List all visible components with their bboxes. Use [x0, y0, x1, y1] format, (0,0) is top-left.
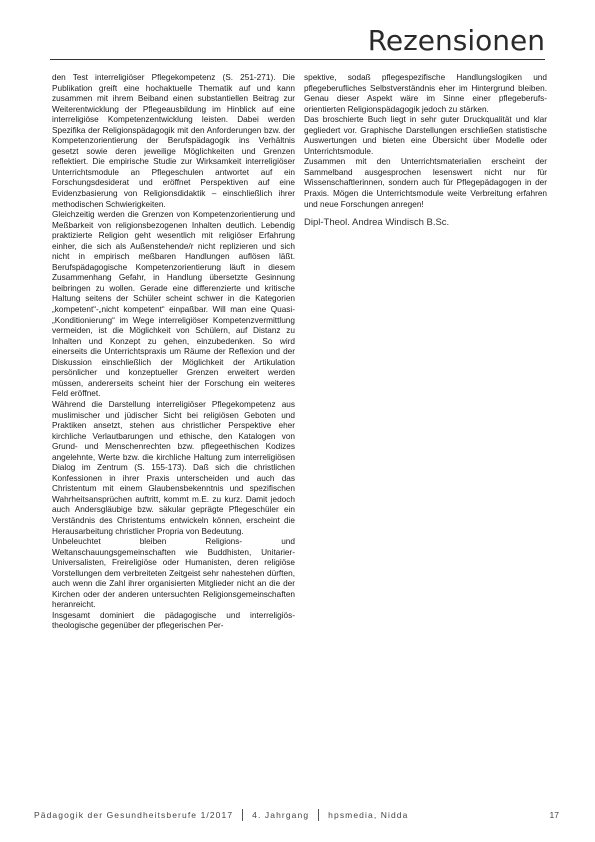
paragraph: spektive, sodaß pflegespezifische Handlu…: [304, 73, 547, 115]
journal-name: Pädagogik der Gesundheitsberufe 1/2017: [34, 810, 233, 820]
page-number: 17: [550, 810, 559, 820]
volume-label: 4. Jahrgang: [252, 810, 309, 820]
paragraph: Insgesamt dominiert die pädagogische und…: [52, 611, 295, 632]
paragraph: Zusammen mit den Unterrichtsmaterialien …: [304, 157, 547, 210]
paragraph: den Test interreligiöser Pflegekompetenz…: [52, 73, 295, 210]
footer-divider: [242, 809, 243, 821]
right-column: spektive, sodaß pflegespezifische Handlu…: [304, 73, 547, 229]
paragraph: Gleichzeitig werden die Grenzen von Komp…: [52, 210, 295, 400]
footer-divider: [318, 809, 319, 821]
paragraph: Unbeleuchtet bleiben Religions- und Welt…: [52, 537, 295, 611]
publisher-label: hpsmedia, Nidda: [328, 810, 408, 820]
paragraph: Das broschierte Buch liegt in sehr guter…: [304, 115, 547, 157]
section-title: Rezensionen: [368, 24, 545, 57]
left-column: den Test interreligiöser Pflegekompetenz…: [52, 73, 295, 632]
page-footer: Pädagogik der Gesundheitsberufe 1/2017 4…: [34, 808, 559, 822]
header-rule: [50, 59, 545, 60]
paragraph: Während die Darstellung interreligiöser …: [52, 400, 295, 537]
reviewer-signature: Dipl-Theol. Andrea Windisch B.Sc.: [304, 218, 547, 229]
